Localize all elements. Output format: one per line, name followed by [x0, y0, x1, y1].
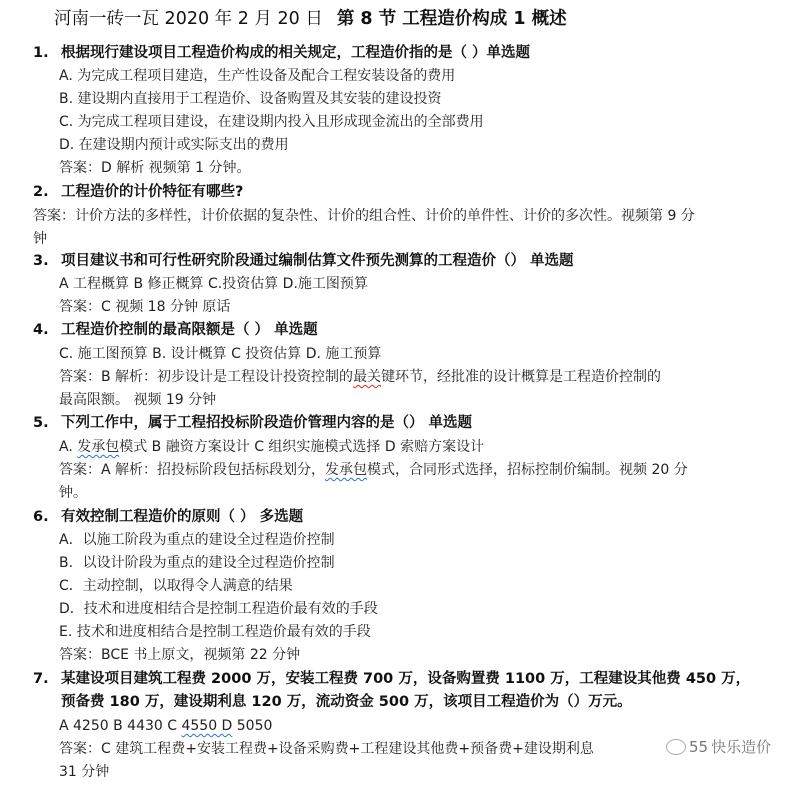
question-text: 下列工作中，属于工程招投标阶段造价管理内容的是（） 单选题 — [61, 415, 472, 431]
document-page: 河南一砖一瓦 2020 年 2 月 20 日第 8 节 工程造价构成 1 概述 … — [0, 0, 800, 785]
q5-answer-line1: 答案：A 解析：招投标阶段包括标段划分，发承包模式，合同形式选择，招标控制价编制… — [59, 460, 688, 480]
q1-option-b: B. 建设期内直接用于工程造价、设备购置及其安装的建设投资 — [59, 89, 442, 109]
q1-option-c: C. 为完成工程项目建设，在建设期内投入且形成现金流出的全部费用 — [59, 112, 484, 132]
q3-options: A 工程概算 B 修正概算 C.投资估算 D.施工图预算 — [59, 274, 368, 294]
q3-answer: 答案：C 视频 18 分钟 原话 — [59, 297, 230, 317]
option-text: A 4250 B 4430 C — [59, 718, 181, 734]
question-text: 某建设项目建筑工程费 2000 万，安装工程费 700 万，设备购置费 1100… — [61, 671, 750, 687]
option-text: 模式 B 融资方案设计 C 组织实施模式选择 D 索赔方案设计 — [119, 439, 484, 455]
question-6: 6.有效控制工程造价的原则（ ） 多选题 — [33, 507, 303, 527]
answer-text: 模式，合同形式选择，招标控制价编制。视频 20 分 — [367, 462, 688, 478]
q4-answer-line2: 最高限额。 视频 19 分钟 — [59, 390, 216, 410]
grammar-flag: 4550 D — [181, 718, 232, 734]
question-text: 根据现行建设项目工程造价构成的相关规定，工程造价指的是（ ）单选题 — [61, 45, 530, 61]
option-text: A. — [59, 439, 77, 455]
question-1: 1.根据现行建设项目工程造价构成的相关规定，工程造价指的是（ ）单选题 — [33, 43, 530, 63]
question-number: 4. — [33, 320, 61, 340]
grammar-flag: 发承包 — [325, 462, 367, 478]
q4-options: C. 施工图预算 B. 设计概算 C 投资估算 D. 施工预算 — [59, 344, 381, 364]
q1-option-d: D. 在建设期内预计或实际支出的费用 — [59, 135, 289, 155]
q6-answer: 答案：BCE 书上原文，视频第 22 分钟 — [59, 645, 300, 665]
q5-options: A. 发承包模式 B 融资方案设计 C 组织实施模式选择 D 索赔方案设计 — [59, 437, 484, 457]
q6-option-b: B．以设计阶段为重点的建设全过程造价控制 — [59, 553, 335, 573]
grammar-flag: 发承包 — [77, 439, 119, 455]
watermark-text: 快乐造价 — [711, 737, 771, 757]
q2-answer-line1: 答案：计价方法的多样性，计价依据的复杂性、计价的组合性、计价的单件性、计价的多次… — [33, 206, 695, 226]
q6-option-a: A．以施工阶段为重点的建设全过程造价控制 — [59, 530, 335, 550]
question-number: 2. — [33, 182, 61, 202]
q7-answer-line1: 答案：C 建筑工程费+安装工程费+设备采购费+工程建设其他费+预备费+建设期利息 — [59, 739, 594, 759]
q7-options: A 4250 B 4430 C 4550 D 5050 — [59, 716, 272, 736]
answer-text: 键环节，经批准的设计概算是工程造价控制的 — [381, 369, 661, 385]
q4-answer-line1: 答案：B 解析：初步设计是工程设计投资控制的最关键环节，经批准的设计概算是工程造… — [59, 367, 661, 387]
title-date: 河南一砖一瓦 2020 年 2 月 20 日 — [54, 9, 323, 29]
question-number: 5. — [33, 413, 61, 433]
question-number: 7. — [33, 669, 61, 689]
question-number: 1. — [33, 43, 61, 63]
question-2: 2.工程造价的计价特征有哪些? — [33, 182, 243, 202]
wechat-icon — [666, 739, 686, 755]
q5-answer-line2: 钟。 — [59, 483, 87, 503]
q6-option-e: E. 技术和进度相结合是控制工程造价最有效的手段 — [59, 622, 371, 642]
q1-option-a: A. 为完成工程项目建造，生产性设备及配合工程安装设备的费用 — [59, 66, 455, 86]
question-7: 7.某建设项目建筑工程费 2000 万，安装工程费 700 万，设备购置费 11… — [33, 669, 750, 689]
watermark-prefix: 55 — [689, 737, 708, 757]
answer-text: 答案：B 解析：初步设计是工程设计投资控制的 — [59, 369, 353, 385]
option-text: 5050 — [232, 718, 272, 734]
q1-answer: 答案：D 解析 视频第 1 分钟。 — [59, 158, 251, 178]
question-text: 工程造价控制的最高限额是（ ） 单选题 — [61, 322, 318, 338]
answer-text: 答案：A 解析：招投标阶段包括标段划分， — [59, 462, 325, 478]
spellcheck-flag: 最关 — [353, 369, 381, 385]
question-text: 项目建议书和可行性研究阶段通过编制估算文件预先测算的工程造价（） 单选题 — [61, 253, 574, 269]
q2-answer-line2: 钟 — [33, 229, 47, 249]
question-3: 3.项目建议书和可行性研究阶段通过编制估算文件预先测算的工程造价（） 单选题 — [33, 251, 574, 271]
question-7-line2: 预备费 180 万，建设期利息 120 万，流动资金 500 万，该项目工程造价… — [61, 692, 632, 712]
question-number: 6. — [33, 507, 61, 527]
question-text: 工程造价的计价特征有哪些? — [61, 184, 243, 200]
question-number: 3. — [33, 251, 61, 271]
document-title: 河南一砖一瓦 2020 年 2 月 20 日第 8 节 工程造价构成 1 概述 — [54, 8, 567, 30]
q7-answer-line2: 31 分钟 — [59, 762, 109, 782]
q6-option-c: C．主动控制，以取得令人满意的结果 — [59, 576, 293, 596]
q6-option-d: D．技术和进度相结合是控制工程造价最有效的手段 — [59, 599, 378, 619]
question-5: 5.下列工作中，属于工程招投标阶段造价管理内容的是（） 单选题 — [33, 413, 472, 433]
question-4: 4.工程造价控制的最高限额是（ ） 单选题 — [33, 320, 318, 340]
question-text: 有效控制工程造价的原则（ ） 多选题 — [61, 509, 303, 525]
watermark: 55快乐造价 — [666, 737, 771, 757]
title-section: 第 8 节 工程造价构成 1 概述 — [337, 9, 567, 29]
